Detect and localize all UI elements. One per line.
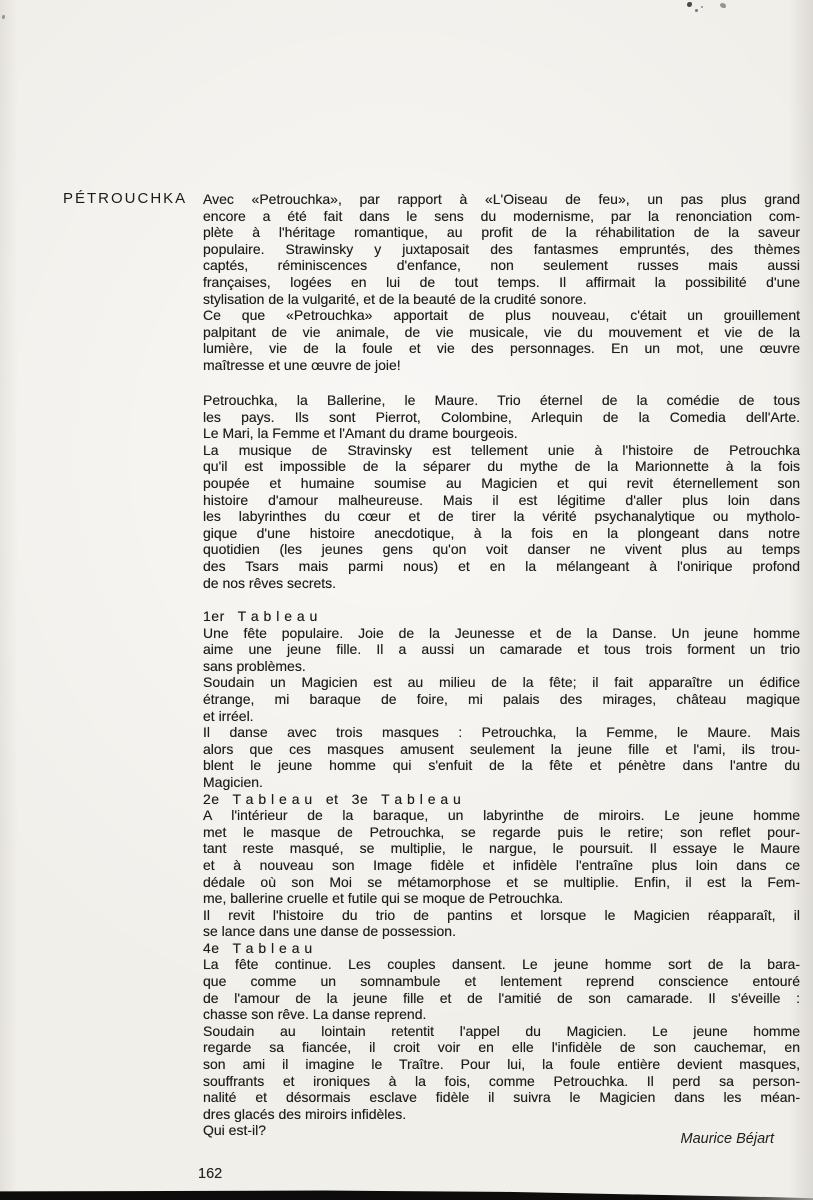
body-text-line: Magicien. bbox=[203, 774, 800, 791]
body-text-line: aime une jeune fille. Il a aussi un cama… bbox=[203, 641, 800, 658]
page-bottom-scan-bar bbox=[0, 1189, 813, 1200]
body-text-line: Avec «Petrouchka», par rapport à «L'Oise… bbox=[203, 191, 800, 208]
body-text-line: lumière, vie de la foule et vie des pers… bbox=[203, 340, 800, 357]
body-text-line: souffrants et ironiques à la fois, comme… bbox=[203, 1073, 800, 1090]
ballet-title-heading: PÉTROUCHKA bbox=[63, 191, 187, 208]
section-tableaux: 1er T a b l e a uUne fête populaire. Joi… bbox=[203, 608, 800, 1139]
body-text-line: les pays. Ils sont Pierrot, Colombine, A… bbox=[203, 409, 800, 426]
body-text-line: regarde sa fiancée, il croit voir en ell… bbox=[203, 1039, 800, 1056]
scan-speck bbox=[2, 15, 5, 19]
tableau-heading: 1er T a b l e a u bbox=[203, 608, 800, 625]
body-text-line: quotidien (les jeunes gens qu'on voit da… bbox=[203, 541, 800, 558]
tableau-heading: 4e T a b l e a u bbox=[203, 940, 800, 957]
body-text-line: plète à l'héritage romantique, au profit… bbox=[203, 224, 800, 241]
author-signature: Maurice Béjart bbox=[203, 1131, 800, 1148]
body-text-line: françaises, logées en lui de tout temps.… bbox=[203, 274, 800, 291]
body-text-line: de l'amour de la jeune fille et de l'ami… bbox=[203, 990, 800, 1007]
body-text-line: poupée et humaine soumise au Magicien et… bbox=[203, 475, 800, 492]
body-text-line: captés, réminiscences d'enfance, non seu… bbox=[203, 257, 800, 274]
body-text-line: Il revit l'histoire du trio de pantins e… bbox=[203, 907, 800, 924]
body-text-line: Ce que «Petrouchka» apportait de plus no… bbox=[203, 307, 800, 324]
body-text-line: A l'intérieur de la baraque, un labyrint… bbox=[203, 807, 800, 824]
body-text-line: Soudain au lointain retentit l'appel du … bbox=[203, 1023, 800, 1040]
body-text-line: me, ballerine cruelle et futile qui se m… bbox=[203, 890, 800, 907]
body-text-line: les labyrinthes du cœur et de tirer la v… bbox=[203, 508, 800, 525]
scan-speck bbox=[701, 6, 703, 8]
body-text-line: blent le jeune homme qui s'enfuit de la … bbox=[203, 757, 800, 774]
body-text-line: et à nouveau son Image fidèle et infidèl… bbox=[203, 857, 800, 874]
body-text-line: qu'il est impossible de la séparer du my… bbox=[203, 458, 800, 475]
body-text-line: La fête continue. Les couples dansent. L… bbox=[203, 956, 800, 973]
section-intro: Avec «Petrouchka», par rapport à «L'Oise… bbox=[203, 191, 800, 374]
body-text-line: étrange, mi baraque de foire, mi palais … bbox=[203, 691, 800, 708]
body-text-line: Une fête populaire. Joie de la Jeunesse … bbox=[203, 625, 800, 642]
body-text-line: Le Mari, la Femme et l'Amant du drame bo… bbox=[203, 425, 800, 442]
body-text-line: encore a été fait dans le sens du modern… bbox=[203, 208, 800, 225]
body-text-line: palpitant de vie animale, de vie musical… bbox=[203, 324, 800, 341]
body-text-line: dédale où son Moi se métamorphose et se … bbox=[203, 874, 800, 891]
body-text-line: des Tsars mais parmi nous) et en la méla… bbox=[203, 558, 800, 575]
body-text-line: histoire d'amour malheureuse. Mais il es… bbox=[203, 492, 800, 509]
body-text-line: son ami il imagine le Traître. Pour lui,… bbox=[203, 1056, 800, 1073]
body-text-line: Petrouchka, la Ballerine, le Maure. Trio… bbox=[203, 392, 800, 409]
body-text-line: chasse son rêve. La danse reprend. bbox=[203, 1006, 800, 1023]
body-text-line: met le masque de Petrouchka, se regarde … bbox=[203, 824, 800, 841]
body-text-line: que comme un somnambule et lentement rep… bbox=[203, 973, 800, 990]
body-text-line: populaire. Strawinsky y juxtaposait des … bbox=[203, 241, 800, 258]
body-text-line: se lance dans une danse de possession. bbox=[203, 923, 800, 940]
page-number: 162 bbox=[198, 1166, 222, 1182]
body-text-line: de nos rêves secrets. bbox=[203, 575, 800, 592]
body-text-line: maîtresse et une œuvre de joie! bbox=[203, 357, 800, 374]
body-text-line: et irréel. bbox=[203, 708, 800, 725]
body-text-line: La musique de Stravinsky est tellement u… bbox=[203, 442, 800, 459]
tableau-heading: 2e T a b l e a u et 3e T a b l e a u bbox=[203, 791, 800, 808]
body-text-line: tant reste masqué, se multiplie, le narg… bbox=[203, 840, 800, 857]
body-text-line: alors que ces masques amusent seulement … bbox=[203, 741, 800, 758]
scan-speck bbox=[687, 2, 692, 7]
body-text-line: sans problèmes. bbox=[203, 658, 800, 675]
body-text-line: dres glacés des miroirs infidèles. bbox=[203, 1106, 800, 1123]
body-text-line: gique d'une histoire anecdotique, à la f… bbox=[203, 525, 800, 542]
scanned-document-page: PÉTROUCHKA Avec «Petrouchka», par rappor… bbox=[0, 0, 813, 1200]
body-text-line: nalité et désormais esclave fidèle il su… bbox=[203, 1089, 800, 1106]
body-text-line: stylisation de la vulgarité, et de la be… bbox=[203, 291, 800, 308]
section-argument: Petrouchka, la Ballerine, le Maure. Trio… bbox=[203, 392, 800, 591]
scan-speck bbox=[720, 3, 726, 8]
body-text-line: Soudain un Magicien est au milieu de la … bbox=[203, 674, 800, 691]
body-text-line: Il danse avec trois masques : Petrouchka… bbox=[203, 724, 800, 741]
scan-speck bbox=[695, 9, 698, 12]
